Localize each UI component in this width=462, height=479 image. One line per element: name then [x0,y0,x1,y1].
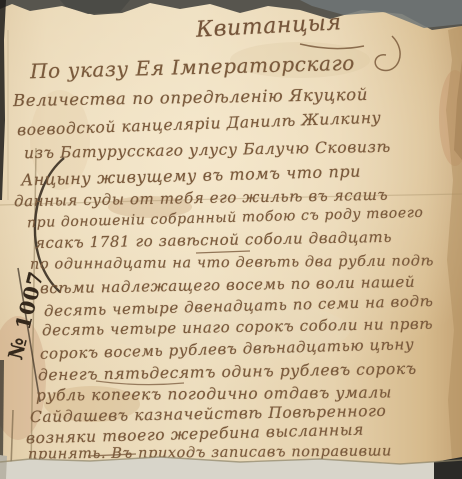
handwriting-layer: Квитанцыя По указу Ея Імператорскаго Вел… [0,0,462,479]
manuscript-line: данныя суды от тебя его жильѣ въ ясашъ [14,188,388,210]
manuscript-scan: Квитанцыя По указу Ея Імператорскаго Вел… [0,0,462,479]
manuscript-line: Величества по опредѣленію Якуцкой [13,87,368,110]
manuscript-line: Анцыну живущему въ томъ что при [21,164,361,189]
manuscript-line: воеводской канцеляріи Данилѣ Жилкину [17,111,382,139]
manuscript-line: ясакъ 1781 го завѣсной соболи двадцать [35,230,392,251]
manuscript-line: принять. Въ приходъ записавъ поправивши [28,444,392,462]
margin-number: № 1007 [5,283,43,362]
manuscript-line: при доношеніи собранный тобою съ роду тв… [27,206,424,230]
manuscript-line: рубль копеекъ погодично отдавъ умалы [36,385,392,404]
manuscript-line: по одиннадцати на что девѣть два рубли п… [30,254,434,272]
manuscript-line: изъ Батурусскаго улусу Балучю Сковизѣ [24,140,391,162]
manuscript-line: денегъ пятьдесятъ одинъ рублевъ сорокъ [38,362,417,384]
document-title: Квитанцыя [196,12,343,42]
manuscript-line: сорокъ восемь рублевъ двѣнадцатью цѣну [40,337,415,362]
manuscript-line: По указу Ея Імператорскаго [30,53,355,81]
